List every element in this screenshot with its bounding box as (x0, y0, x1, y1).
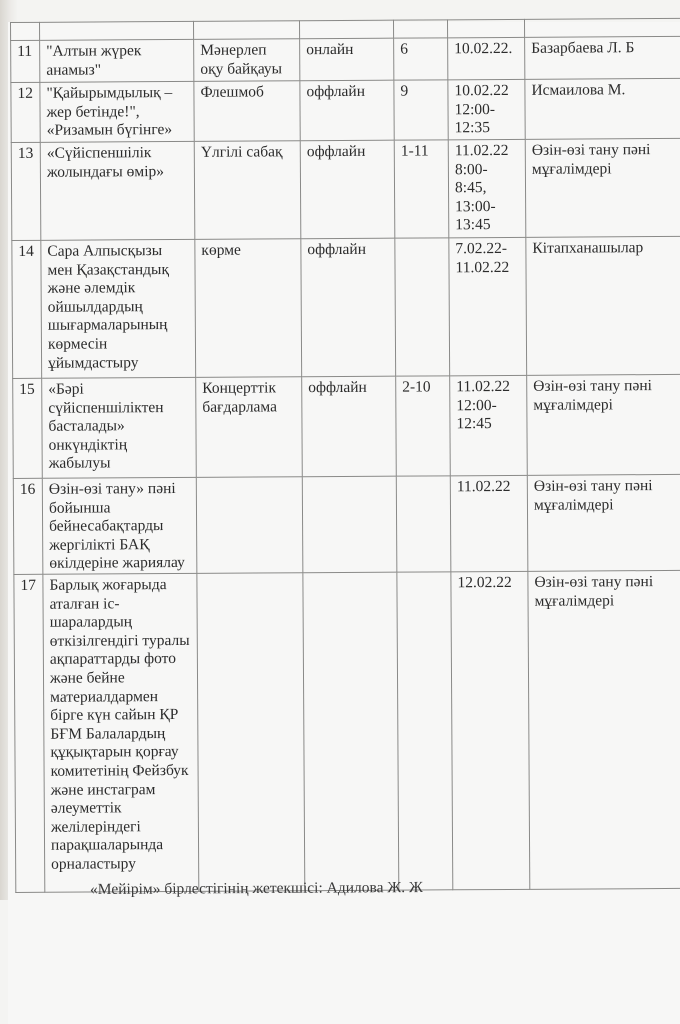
signature-line: «Мейірім» бірлестігінің жетекшісі: Адило… (90, 879, 423, 899)
event-date: 11.02.22 8:00- 8:45, 13:00- 13:45 (448, 139, 526, 237)
table-row: 16 Өзін-өзі тану» пәні бойынша бейнесаба… (13, 474, 680, 574)
event-name (40, 21, 194, 40)
event-responsible (524, 18, 680, 37)
event-date: 11.02.22 (450, 475, 528, 571)
event-responsible: Өзін-өзі тану пәні мұғалімдері (528, 570, 680, 889)
event-mode (299, 20, 393, 39)
event-mode: оффлайн (301, 238, 396, 377)
table-row: 12 "Қайырымдылық – жер бетінде!", «Ризам… (11, 78, 680, 142)
event-name: «Сүйіспеншілік жолындағы өмір» (40, 141, 195, 240)
event-form: көрме (195, 239, 302, 378)
event-name: Барлық жоғарыда аталған іс-шаралардың өт… (43, 573, 199, 892)
event-date: 7.02.22- 11.02.22 (449, 237, 527, 375)
event-name: Өзін-өзі тану» пәні бойынша бейнесабақта… (42, 477, 197, 574)
event-grade: 1-11 (394, 140, 449, 238)
event-responsible: Исмаилова М. (525, 78, 680, 139)
event-date (447, 19, 524, 37)
event-grade: 9 (394, 80, 448, 140)
event-mode (303, 572, 399, 891)
table-row: 14 Сара Алпысқызы мен Қазақстандық және … (12, 236, 680, 378)
table-row: 15 «Бәрі сүйіспеншіліктен басталады» онк… (13, 374, 680, 478)
event-name: "Қайырымдылық – жер бетінде!", «Ризамын … (40, 81, 194, 142)
event-date: 11.02.22 12:00- 12:45 (450, 375, 528, 475)
event-responsible: Кітапханашылар (526, 236, 680, 375)
row-number: 13 (11, 142, 41, 240)
row-number: 12 (11, 82, 40, 142)
event-mode (302, 476, 397, 573)
event-mode: оффлайн (300, 80, 394, 141)
event-responsible: Өзін-өзі тану пәні мұғалімдері (525, 138, 680, 237)
event-grade: 6 (394, 38, 448, 80)
event-grade (396, 476, 451, 572)
event-form (196, 477, 303, 574)
event-form (197, 573, 305, 892)
row-number: 15 (13, 378, 43, 478)
event-grade (397, 572, 453, 890)
event-mode: оффлайн (300, 140, 395, 239)
row-number: 14 (12, 240, 42, 378)
event-form: Концерттік бағдарлама (196, 377, 303, 478)
event-responsible: Базарбаева Л. Б (525, 36, 680, 79)
table-row: 17 Барлық жоғарыда аталған іс-шаралардың… (14, 570, 680, 892)
event-form: Мәнерлеп оқу байқауы (194, 39, 300, 82)
events-plan-table: 11 "Алтын жүрек анамыз" Мәнерлеп оқу бай… (10, 18, 680, 893)
table-row: 13 «Сүйіспеншілік жолындағы өмір» Үлгілі… (11, 138, 680, 240)
event-date: 12.02.22 (451, 571, 530, 889)
event-form: Үлгілі сабақ (194, 141, 301, 240)
event-grade (395, 238, 450, 376)
table-row: 11 "Алтын жүрек анамыз" Мәнерлеп оқу бай… (11, 36, 680, 82)
row-number: 11 (11, 40, 40, 82)
row-number: 17 (14, 574, 45, 892)
event-name: Сара Алпысқызы мен Қазақстандық және әле… (41, 239, 196, 378)
event-mode: онлайн (300, 38, 394, 81)
event-date: 10.02.22. (448, 37, 525, 79)
event-responsible: Өзін-өзі тану пәні мұғалімдері (527, 474, 680, 571)
event-date: 10.02.22 12:00- 12:35 (448, 79, 525, 139)
event-form (193, 21, 299, 40)
event-form: Флешмоб (194, 81, 300, 142)
event-grade (393, 20, 447, 38)
event-grade: 2-10 (396, 376, 451, 476)
row-number (11, 22, 40, 40)
event-mode: оффлайн (302, 376, 397, 477)
event-name: "Алтын жүрек анамыз" (40, 39, 194, 82)
event-name: «Бәрі сүйіспеншіліктен басталады» онкүнд… (42, 377, 197, 478)
event-responsible: Өзін-өзі тану пәні мұғалімдері (527, 374, 680, 475)
row-number: 16 (13, 478, 43, 574)
